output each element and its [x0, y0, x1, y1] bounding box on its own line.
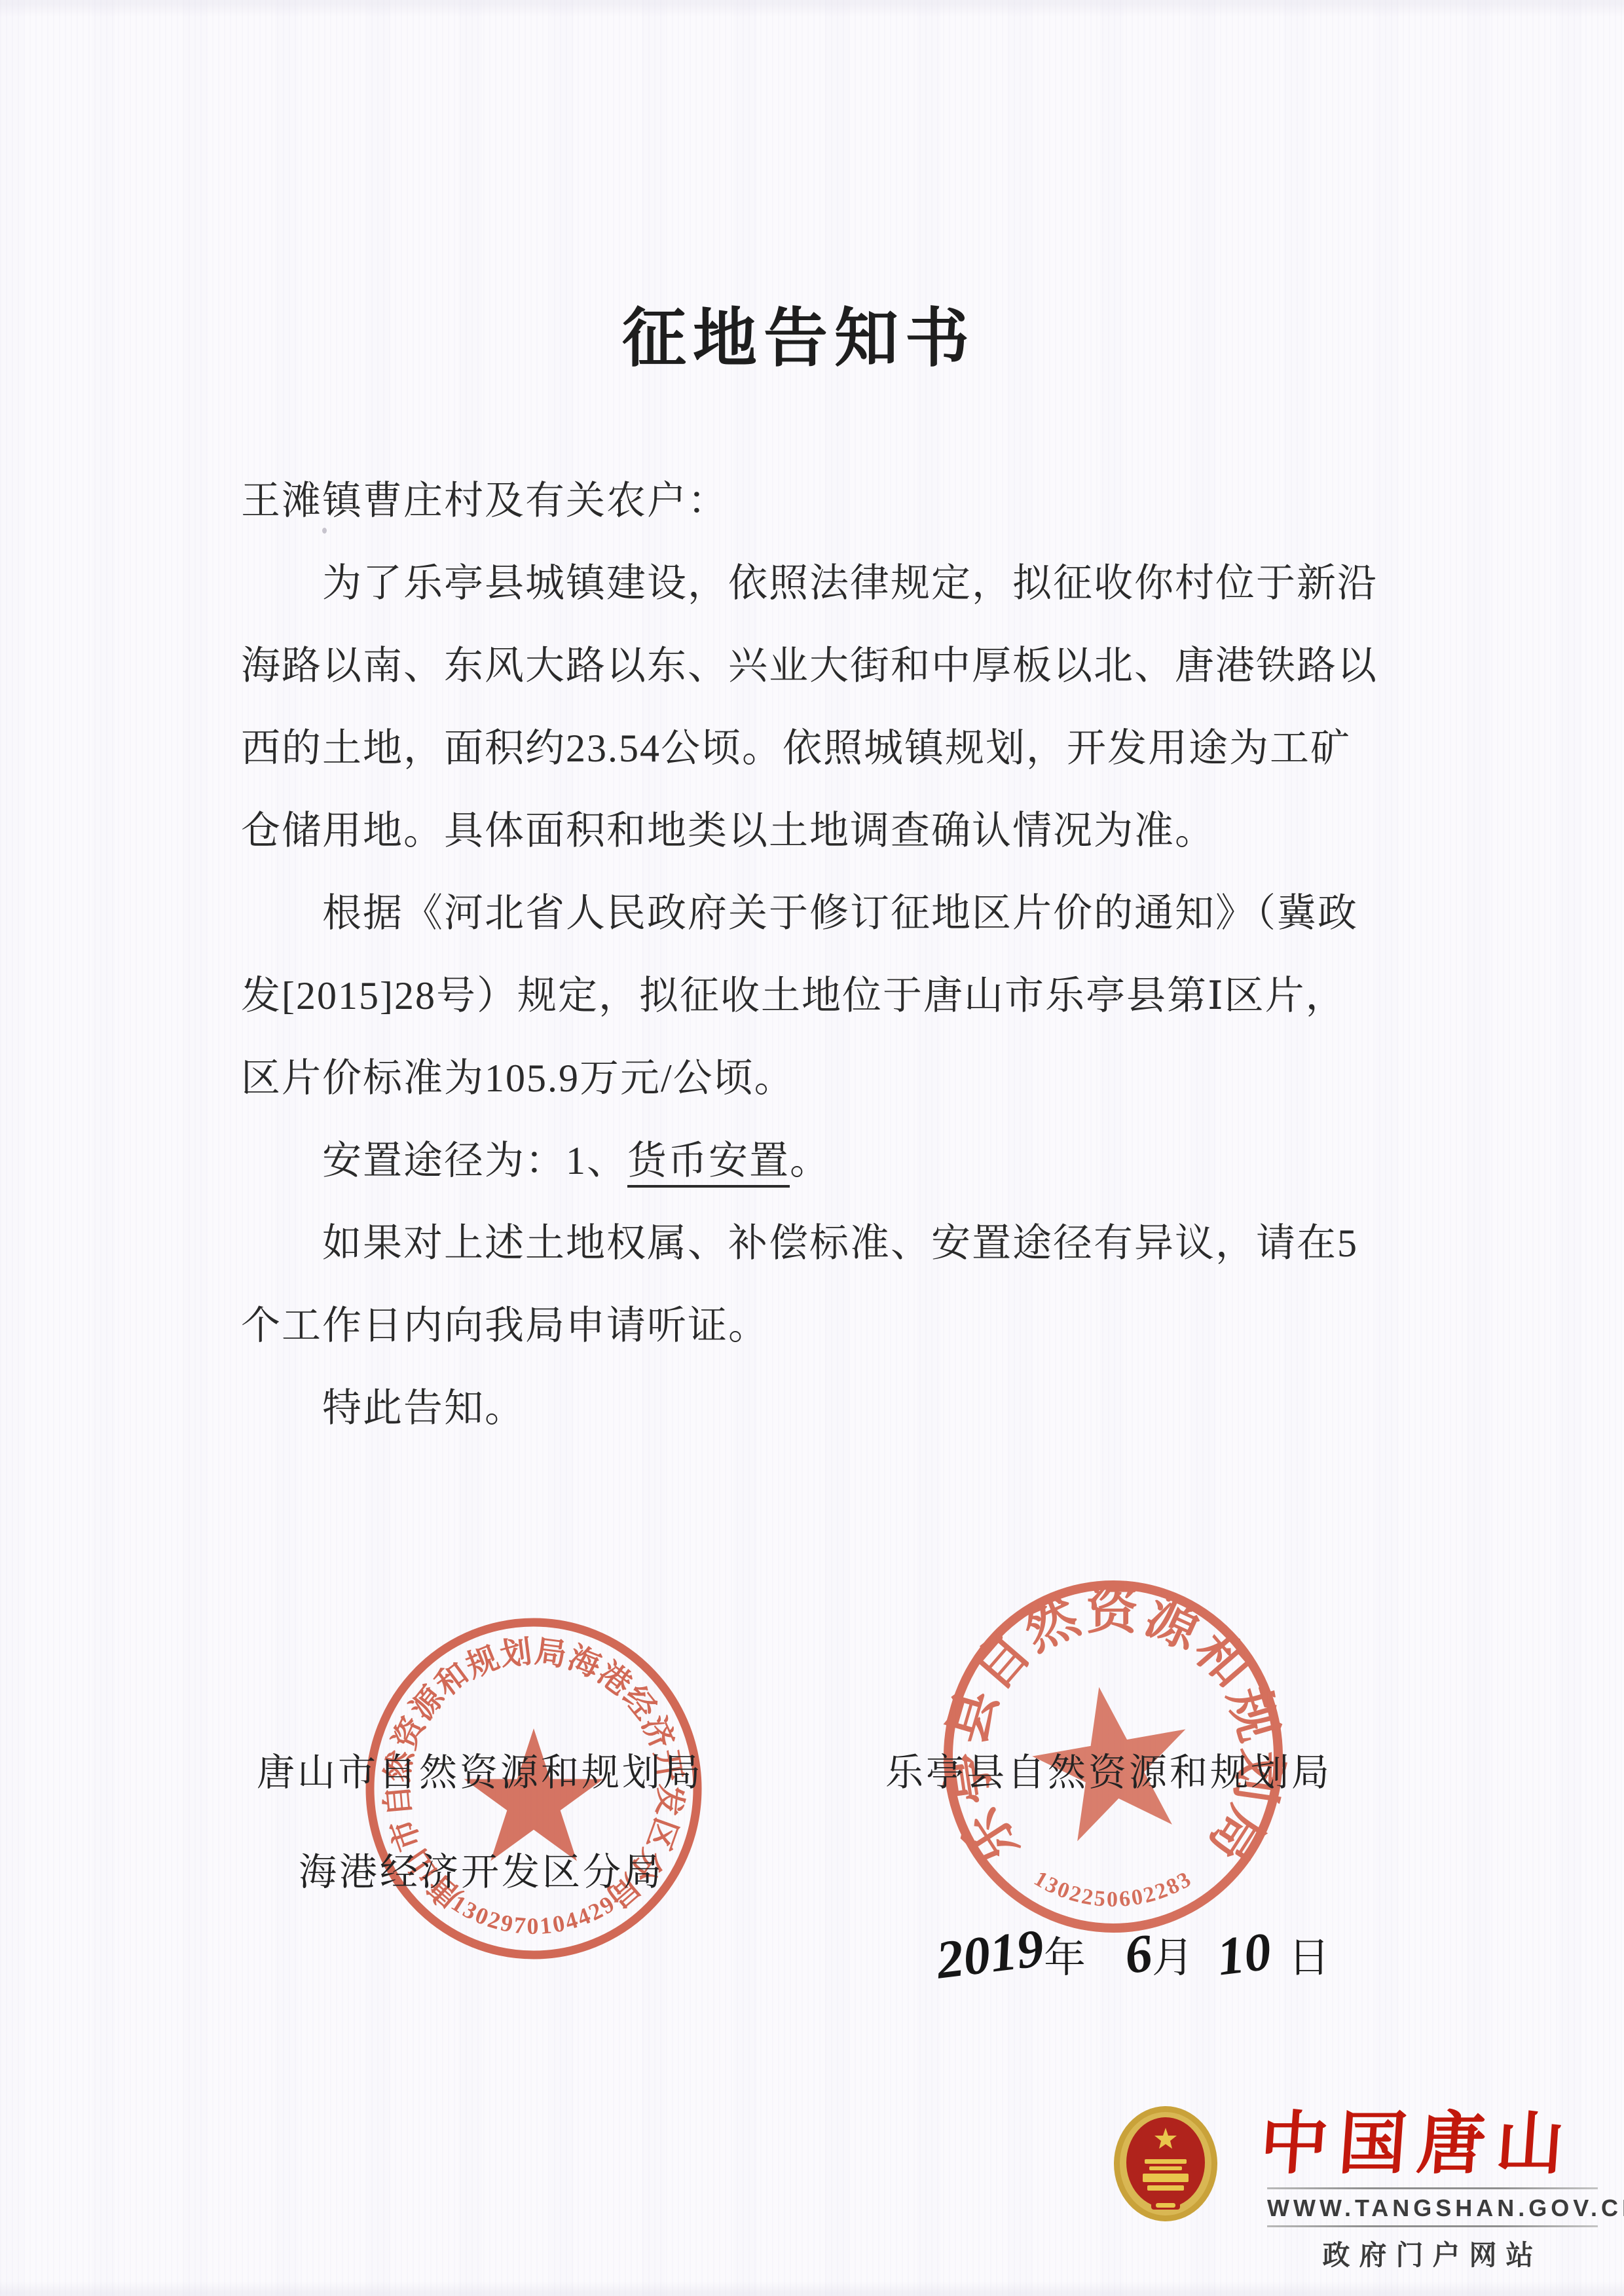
body-line: 发[2015]28号）规定，拟征收土地位于唐山市乐亭县第Ⅰ区片， — [241, 955, 1420, 1037]
portal-caption: 政府门户网站 — [1267, 2234, 1598, 2273]
month-label: 月 — [1152, 1924, 1195, 1984]
body-line: 特此告知。 — [241, 1367, 1420, 1449]
body-text: 安置途径为：1、 — [322, 1139, 627, 1182]
body-text: 。 — [790, 1139, 830, 1182]
document-body: 王滩镇曹庄村及有关农户： 为了乐亭县城镇建设，依照法律规定，拟征收你村位于新沿海… — [241, 460, 1420, 1449]
footer-divider-top — [1267, 2187, 1598, 2189]
day-label: 日 — [1288, 1924, 1331, 1984]
body-text: 特此告知。 — [322, 1387, 525, 1430]
handwritten-month: 6 — [1121, 1922, 1155, 1986]
body-text: 个工作日内向我局申请听证。 — [241, 1304, 769, 1347]
handwritten-year: 2019 — [933, 1917, 1047, 1991]
body-text: 西的土地，面积约23.54公顷。依照城镇规划，开发用途为工矿 — [241, 727, 1351, 770]
portal-url: WWW.TANGSHAN.GOV.CN — [1267, 2195, 1598, 2222]
body-text: 仓储用地。具体面积和地类以土地调查确认情况为准。 — [241, 809, 1215, 852]
issue-date: 2019 年 6 月 10 日 — [936, 1923, 1331, 1985]
seal-number: 1302970104429 — [447, 1889, 620, 1939]
body-text: 为了乐亭县城镇建设，依照法律规定，拟征收你村位于新沿 — [322, 562, 1378, 605]
portal-brand-name: 中国唐山 — [1241, 2088, 1595, 2187]
salutation-line: 王滩镇曹庄村及有关农户： — [241, 460, 1420, 542]
national-emblem-icon — [1110, 2103, 1221, 2225]
body-text: 发[2015]28号）规定，拟征收土地位于唐山市乐亭县第Ⅰ区片， — [241, 974, 1346, 1017]
body-lines: 为了乐亭县城镇建设，依照法律规定，拟征收你村位于新沿海路以南、东风大路以东、兴业… — [241, 542, 1420, 1449]
svg-text:1302250602283: 1302250602283 — [1030, 1867, 1197, 1912]
body-text: 根据《河北省人民政府关于修订征地区片价的通知》（冀政 — [322, 892, 1358, 935]
body-line: 区片价标准为105.9万元/公顷。 — [241, 1037, 1420, 1120]
body-line: 为了乐亭县城镇建设，依照法律规定，拟征收你村位于新沿 — [241, 542, 1420, 625]
seal-number: 1302250602283 — [1030, 1867, 1197, 1912]
svg-text:1302970104429: 1302970104429 — [447, 1889, 620, 1939]
body-text: 区片价标准为105.9万元/公顷。 — [241, 1057, 795, 1100]
body-line: 根据《河北省人民政府关于修订征地区片价的通知》（冀政 — [241, 872, 1420, 955]
underlined-text: 货币安置 — [627, 1139, 790, 1188]
year-label: 年 — [1044, 1924, 1087, 1984]
handwritten-day: 10 — [1214, 1920, 1275, 1988]
body-line: 海路以南、东风大路以东、兴业大街和中厚板以北、唐港铁路以 — [241, 625, 1420, 707]
document-title: 征地告知书 — [0, 287, 1598, 379]
body-text: 海路以南、东风大路以东、兴业大街和中厚板以北、唐港铁路以 — [241, 644, 1378, 687]
body-line: 仓储用地。具体面积和地类以土地调查确认情况为准。 — [241, 790, 1420, 872]
scanned-document-page: 征地告知书 王滩镇曹庄村及有关农户： 为了乐亭县城镇建设，依照法律规定，拟征收你… — [0, 0, 1624, 2296]
footer-divider-bottom — [1267, 2225, 1598, 2227]
issuer-left-line2: 海港经济开发区分局 — [299, 1841, 664, 1896]
body-line: 安置途径为：1、货币安置。 — [241, 1120, 1420, 1202]
issuer-left-line1: 唐山市自然资源和规划局 — [257, 1741, 703, 1796]
issuer-right: 乐亭县自然资源和规划局 — [885, 1741, 1332, 1796]
body-line: 个工作日内向我局申请听证。 — [241, 1285, 1420, 1367]
body-line: 西的土地，面积约23.54公顷。依照城镇规划，开发用途为工矿 — [241, 707, 1420, 790]
body-text: 如果对上述土地权属、补偿标准、安置途径有异议，请在5 — [322, 1222, 1358, 1265]
body-line: 如果对上述土地权属、补偿标准、安置途径有异议，请在5 — [241, 1202, 1420, 1285]
